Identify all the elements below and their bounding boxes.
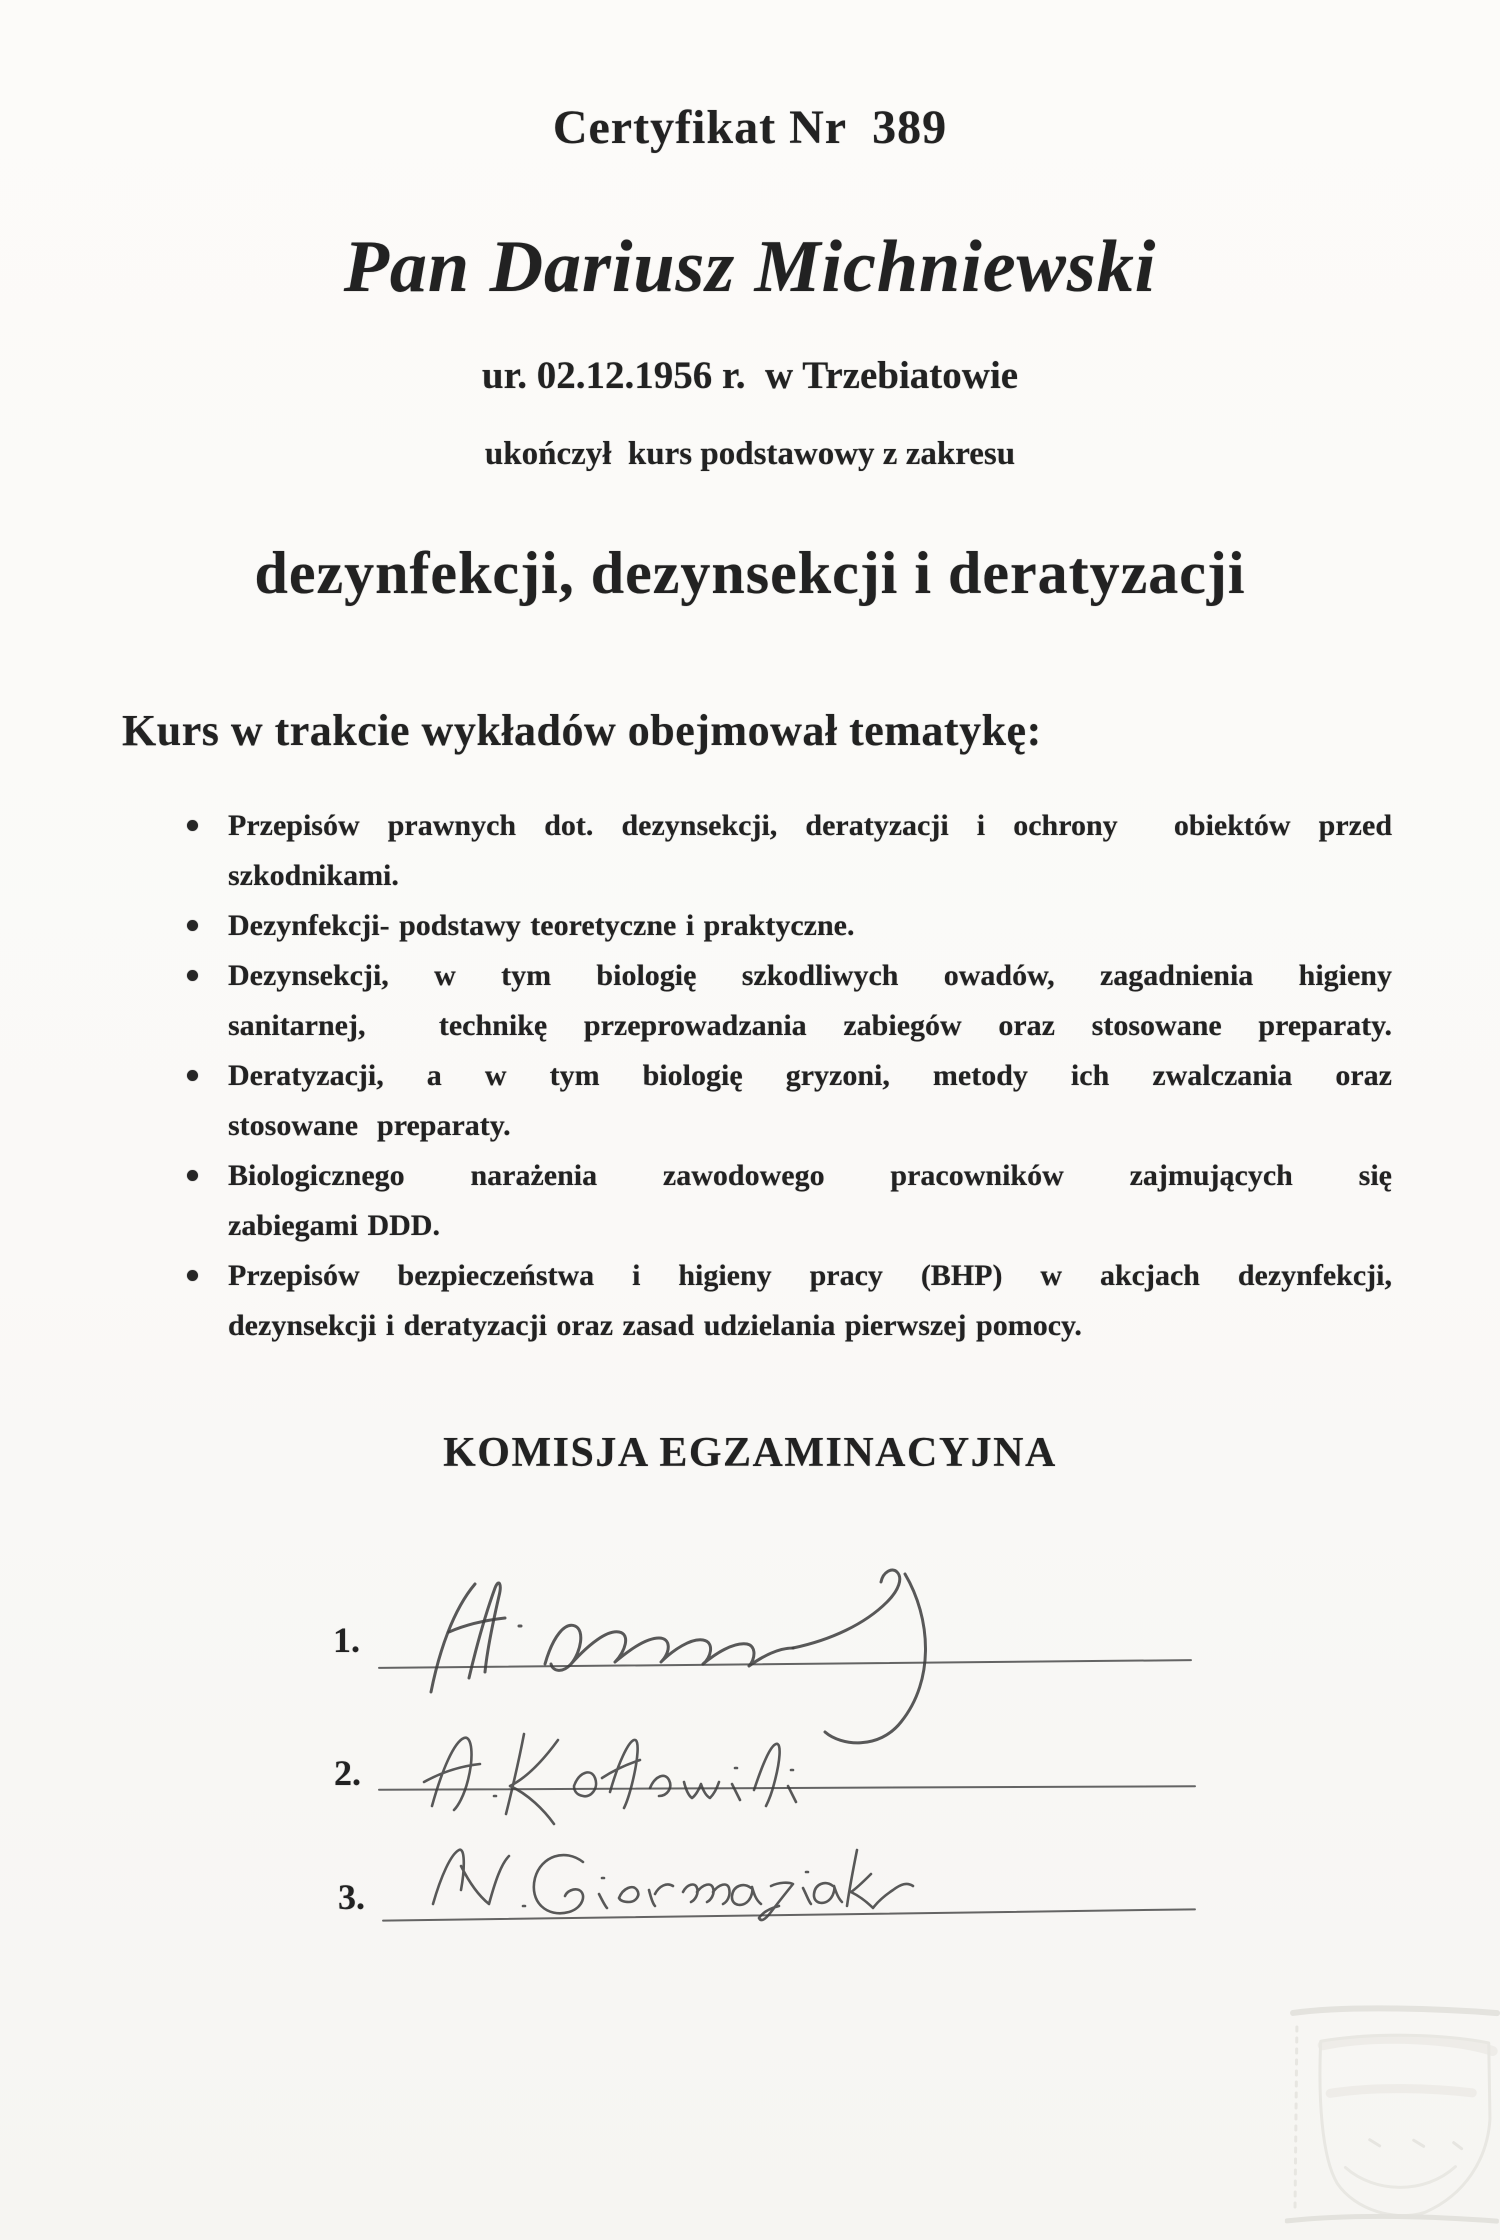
course-subject: dezynfekcji, dezynsekcji i deratyzacji xyxy=(0,536,1500,610)
topic-item-6: Przepisów bezpieczeństwa i higieny pracy… xyxy=(228,1251,1392,1351)
signature-number-2: 2. xyxy=(334,1753,361,1793)
topic-line: Przepisów bezpieczeństwa i higieny pracy… xyxy=(228,1251,1392,1301)
topics-list: Przepisów prawnych dot. dezynsekcji, der… xyxy=(228,801,1392,1351)
signature-1-handwriting xyxy=(395,1540,1015,1750)
topic-line: zabiegami DDD. xyxy=(228,1201,1392,1251)
signature-number-1: 1. xyxy=(333,1620,360,1660)
scanned-certificate-page: Certyfikat Nr 389 Pan Dariusz Michniewsk… xyxy=(0,0,1500,2240)
recipient-name: Pan Dariusz Michniewski xyxy=(0,224,1500,310)
course-completion-line: ukończył kurs podstawowy z zakresu xyxy=(0,434,1500,474)
topic-line: dezynsekcji i deratyzacji oraz zasad udz… xyxy=(228,1301,1392,1351)
certificate-title: Certyfikat Nr 389 xyxy=(0,100,1500,156)
topic-line: sanitarnej, technikę przeprowadzania zab… xyxy=(228,1001,1392,1051)
embossed-seal xyxy=(1285,1997,1500,2231)
topic-item-3: Dezynsekcji, w tym biologię szkodliwych … xyxy=(228,951,1392,1051)
topic-line: Dezynfekcji- podstawy teoretyczne i prak… xyxy=(228,901,1392,951)
topic-line: szkodnikami. xyxy=(228,851,1392,901)
topic-line: Przepisów prawnych dot. dezynsekcji, der… xyxy=(228,801,1392,851)
birth-date-place-line: ur. 02.12.1956 r. w Trzebiatowie xyxy=(0,352,1500,400)
topics-heading: Kurs w trakcie wykładów obejmował tematy… xyxy=(122,704,1042,758)
signature-2-handwriting xyxy=(402,1726,832,1834)
topic-line: Dezynsekcji, w tym biologię szkodliwych … xyxy=(228,951,1392,1001)
topic-line: Biologicznego narażenia zawodowego praco… xyxy=(228,1151,1392,1201)
committee-heading: KOMISJA EGZAMINACYJNA xyxy=(0,1428,1500,1478)
topic-item-4: Deratyzacji, a w tym biologię gryzoni, m… xyxy=(228,1051,1392,1151)
topic-item-5: Biologicznego narażenia zawodowego praco… xyxy=(228,1151,1392,1251)
topic-item-2: Dezynfekcji- podstawy teoretyczne i prak… xyxy=(228,901,1392,951)
signature-number-3: 3. xyxy=(338,1877,365,1917)
topic-item-1: Przepisów prawnych dot. dezynsekcji, der… xyxy=(228,801,1392,901)
topic-line: Deratyzacji, a w tym biologię gryzoni, m… xyxy=(228,1051,1392,1101)
topic-line: stosowane preparaty. xyxy=(228,1101,1392,1151)
signature-3-handwriting xyxy=(415,1836,915,1936)
